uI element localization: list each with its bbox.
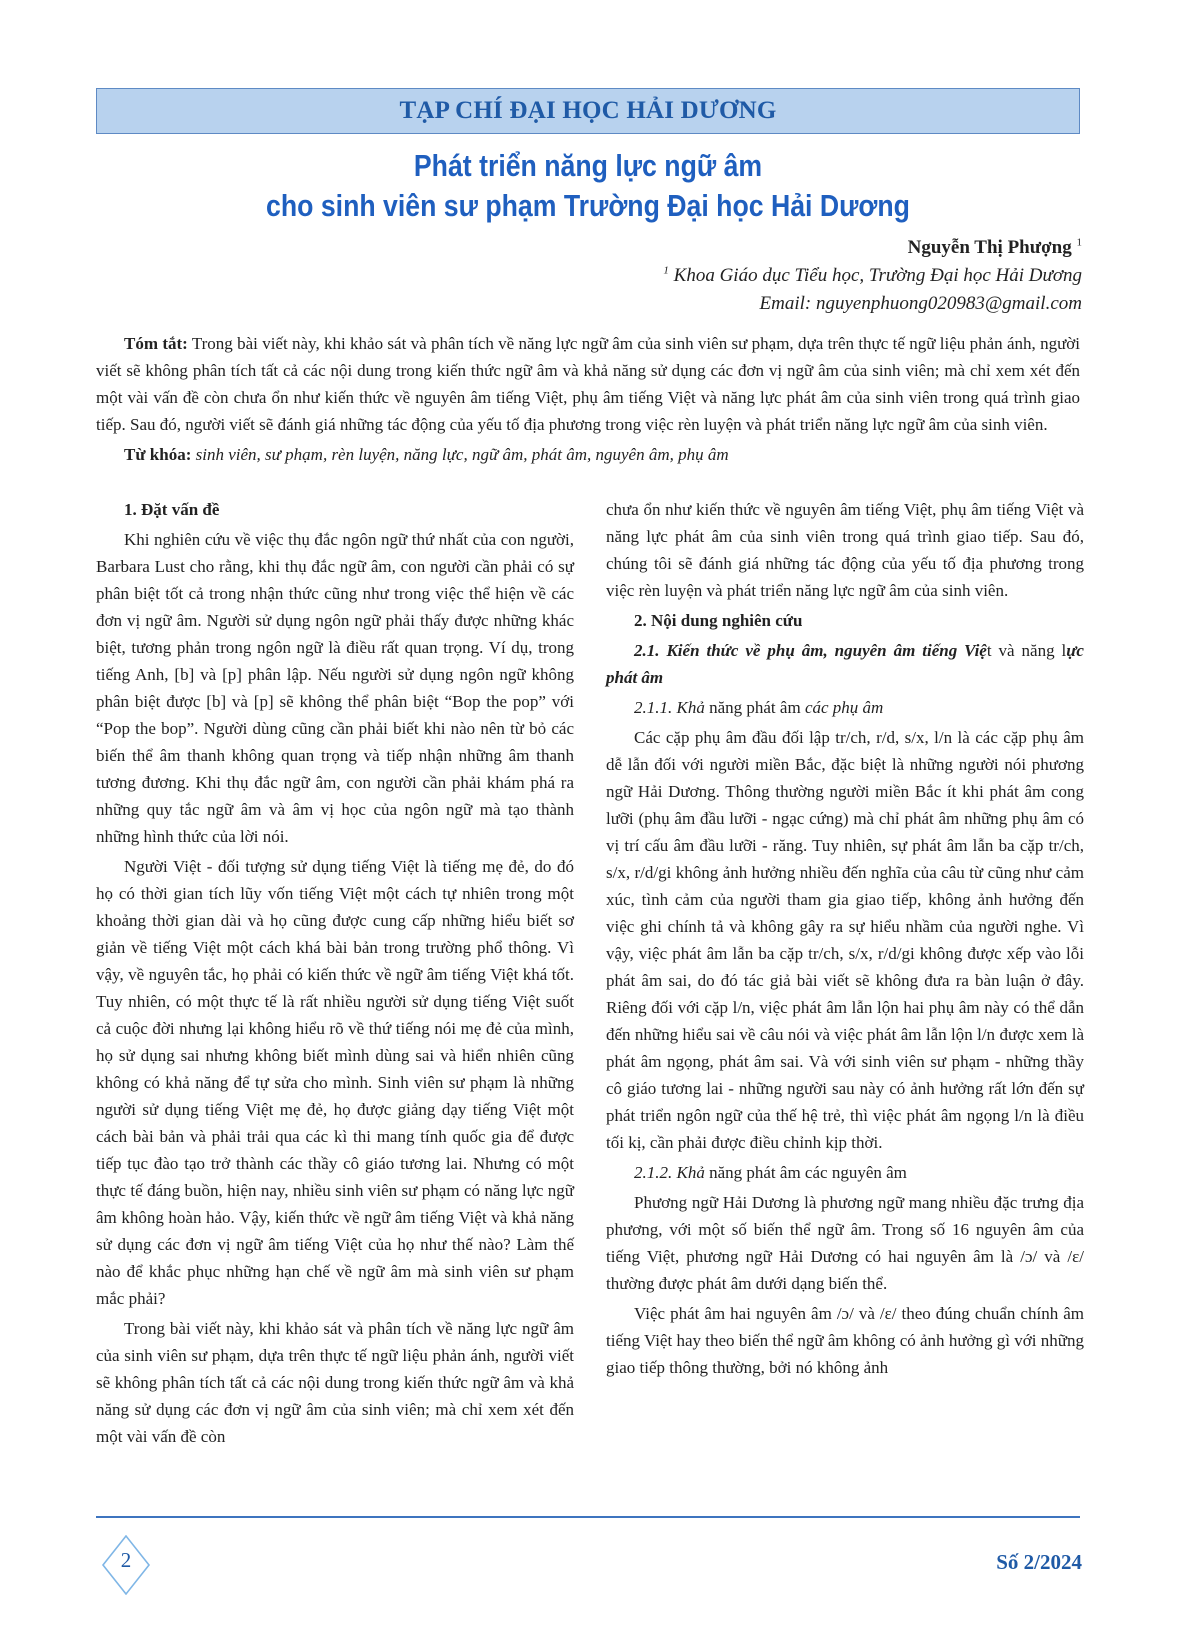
author-affiliation: Khoa Giáo dục Tiểu học, Trường Đại học H… — [674, 265, 1082, 286]
paragraph: Các cặp phụ âm đầu đối lập tr/ch, r/d, s… — [606, 724, 1084, 1156]
right-column: chưa ổn như kiến thức về nguyên âm tiếng… — [606, 496, 1084, 1381]
paragraph: Người Việt - đối tượng sử dụng tiếng Việ… — [96, 853, 574, 1312]
keywords-label: Từ khóa: — [124, 445, 191, 464]
subsection-2-1-heading: 2.1. Kiến thức về phụ âm, nguyên âm tiến… — [606, 637, 1084, 691]
author-block: Nguyễn Thị Phượng 1 1 Khoa Giáo dục Tiểu… — [663, 234, 1082, 318]
author-name: Nguyễn Thị Phượng — [908, 237, 1072, 258]
keywords-list: sinh viên, sư phạm, rèn luyện, năng lực,… — [196, 445, 729, 464]
paragraph: Phương ngữ Hải Dương là phương ngữ mang … — [606, 1189, 1084, 1297]
author-superscript: 1 — [1077, 237, 1083, 249]
issue-number: Số 2/2024 — [996, 1550, 1082, 1575]
subsection-2-1-2-part: năng phát âm các nguyên âm — [705, 1163, 907, 1182]
title-line-1: Phát triển năng lực ngữ âm — [165, 146, 1011, 186]
author-email: Email: nguyenphuong020983@gmail.com — [663, 290, 1082, 318]
subsection-2-1-2-heading: 2.1.2. Khả năng phát âm các nguyên âm — [606, 1159, 1084, 1186]
subsection-2-1-1-part: 2.1.1. Khả — [634, 698, 705, 717]
journal-name: TẠP CHÍ ĐẠI HỌC HẢI DƯƠNG — [399, 97, 776, 125]
paragraph: Khi nghiên cứu về việc thụ đắc ngôn ngữ … — [96, 526, 574, 850]
abstract-label: Tóm tắt: — [124, 334, 188, 353]
page-number: 2 — [96, 1548, 156, 1573]
subsection-2-1-1-part: năng phát âm — [705, 698, 805, 717]
subsection-2-1-1-heading: 2.1.1. Khả năng phát âm các phụ âm — [606, 694, 1084, 721]
paragraph: Việc phát âm hai nguyên âm /ɔ/ và /ɛ/ th… — [606, 1300, 1084, 1381]
section-2-heading: 2. Nội dung nghiên cứu — [606, 607, 1084, 634]
abstract: Tóm tắt: Trong bài viết này, khi khảo sá… — [96, 330, 1080, 468]
section-1-heading: 1. Đặt vấn đề — [96, 496, 574, 523]
subsection-2-1-1-part: các phụ âm — [805, 698, 883, 717]
subsection-2-1-2-part: 2.1.2. Khả — [634, 1163, 705, 1182]
subsection-2-1-part: 2.1. Kiến thức về phụ âm, nguyên âm tiến… — [634, 641, 987, 660]
journal-banner: TẠP CHÍ ĐẠI HỌC HẢI DƯƠNG — [96, 88, 1080, 134]
title-line-2: cho sinh viên sư phạm Trường Đại học Hải… — [165, 186, 1011, 226]
affiliation-superscript: 1 — [663, 265, 669, 277]
left-column: 1. Đặt vấn đề Khi nghiên cứu về việc thụ… — [96, 496, 574, 1450]
paragraph-continued: chưa ổn như kiến thức về nguyên âm tiếng… — [606, 496, 1084, 604]
article-title: Phát triển năng lực ngữ âm cho sinh viên… — [165, 146, 1011, 226]
abstract-text: Trong bài viết này, khi khảo sát và phân… — [96, 334, 1080, 434]
subsection-2-1-part: t và năng l — [987, 641, 1066, 660]
paragraph: Trong bài viết này, khi khảo sát và phân… — [96, 1315, 574, 1450]
footer-rule — [96, 1516, 1080, 1518]
